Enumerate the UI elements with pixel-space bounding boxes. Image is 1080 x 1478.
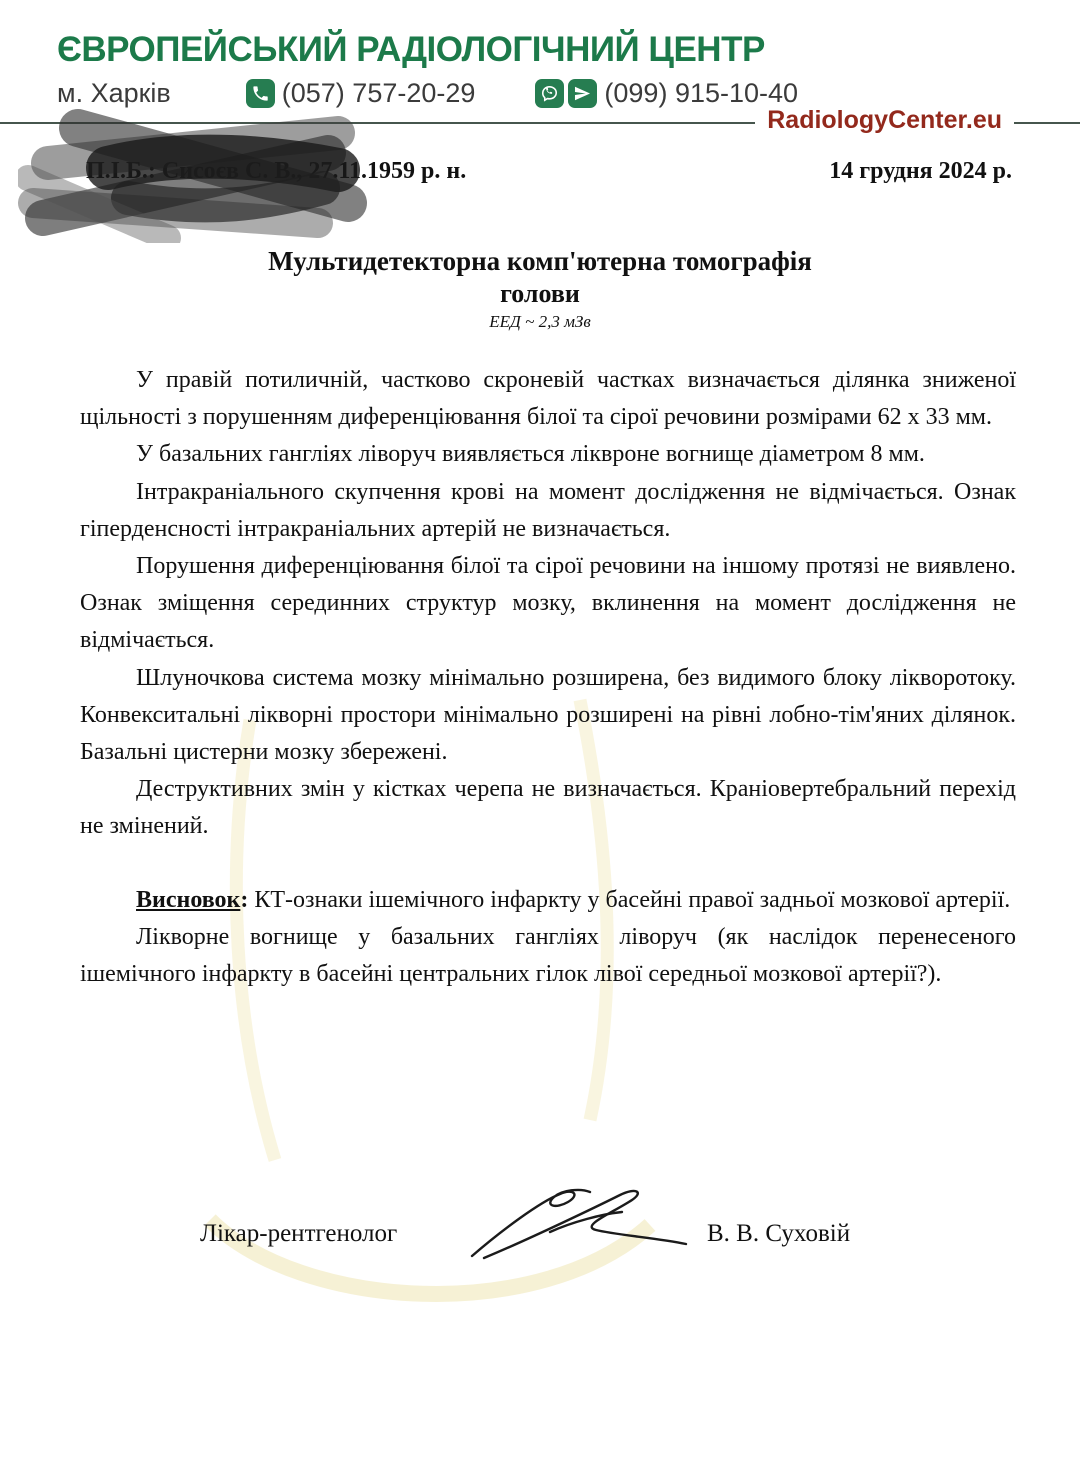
viber-icon [535, 79, 564, 108]
report-title: Мультидетекторна комп'ютерна томографія [0, 244, 1080, 278]
city-label: м. Харків [57, 78, 171, 109]
conclusion-label: Висновок [136, 887, 240, 913]
clinic-name: ЄВРОПЕЙСЬКИЙ РАДІОЛОГІЧНИЙ ЦЕНТР [57, 30, 765, 70]
conclusion-extra-paragraph: Лікворне вогнище у базальних гангліях лі… [80, 919, 1016, 993]
header-contacts: м. Харків (057) 757-20-29 (099) 915-10-4… [57, 76, 798, 110]
telegram-icon [568, 79, 597, 108]
doctor-signature [462, 1178, 697, 1268]
report-paragraph: Інтракраніального скупчення крові на мом… [80, 474, 1016, 548]
phone-number-2: (099) 915-10-40 [604, 78, 798, 109]
redaction-scribble [18, 108, 378, 243]
report-body: У правій потиличній, частково скроневій … [80, 362, 1016, 993]
conclusion-paragraph: Висновок: КТ-ознаки ішемічного інфаркту … [80, 882, 1016, 919]
report-title-region: голови [0, 278, 1080, 310]
website-label: RadiologyCenter.eu [755, 106, 1014, 135]
report-title-block: Мультидетекторна комп'ютерна томографія … [0, 244, 1080, 334]
scanned-report-page: ЄВРОПЕЙСЬКИЙ РАДІОЛОГІЧНИЙ ЦЕНТР м. Харк… [0, 0, 1080, 1478]
doctor-name: В. В. Суховій [707, 1220, 850, 1248]
report-date: 14 грудня 2024 р. [829, 158, 1012, 185]
report-paragraph: У правій потиличній, частково скроневій … [80, 362, 1016, 436]
report-paragraph: Деструктивних змін у кістках черепа не в… [80, 771, 1016, 845]
report-paragraph: Шлуночкова система мозку мінімально розш… [80, 660, 1016, 772]
doctor-role-label: Лікар-рентгенолог [200, 1220, 397, 1248]
report-paragraph: Порушення диференціювання білої та сірої… [80, 548, 1016, 660]
conclusion-text: КТ-ознаки ішемічного інфаркту у басейні … [254, 887, 1010, 913]
phone-number-1: (057) 757-20-29 [282, 78, 476, 109]
conclusion-colon: : [240, 887, 254, 913]
phone-icon [246, 79, 275, 108]
report-paragraph: У базальних гангліях ліворуч виявляється… [80, 436, 1016, 473]
radiation-dose: ЕЕД ~ 2,3 мЗв [0, 310, 1080, 334]
